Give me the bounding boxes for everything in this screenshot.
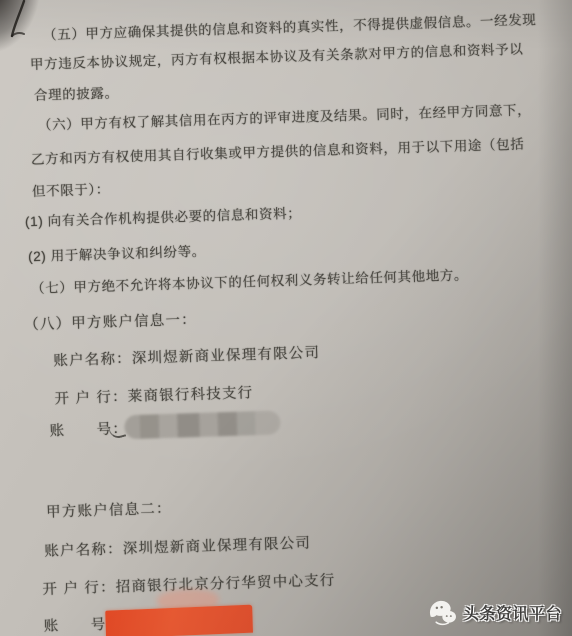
clause-5-line-3: 合理的披露。	[34, 81, 119, 104]
account1-bank: 开 户 行：莱商银行科技支行	[54, 381, 253, 408]
document-photo: （五）甲方应确保其提供的信息和资料的真实性，不得提供虚假信息。一经发现 甲方违反…	[0, 0, 572, 636]
pen-checkmark-icon	[2, 0, 36, 50]
account2-name: 账户名称：深圳煜新商业保理有限公司	[44, 532, 311, 561]
clause-6-item-2: (2) 用于解决争议和纠纷等。	[28, 240, 206, 266]
clause-8-heading: （八）甲方账户信息一：	[24, 308, 197, 334]
red-sticker-account-redaction	[105, 605, 253, 636]
account1-name: 账户名称：深圳煜新商业保理有限公司	[53, 341, 320, 370]
clause-7-line: （七）甲方绝不允许将本协议下的任何权利义务转让给任何其他地方。	[31, 263, 469, 297]
clause-6-line-2: 乙方和丙方有权使用其自行收集或甲方提供的信息和资料，用于以下用途（包括	[31, 133, 525, 168]
contract-page: （五）甲方应确保其提供的信息和资料的真实性，不得提供虚假信息。一经发现 甲方违反…	[0, 0, 572, 636]
clause-6-item-1: (1) 向有关合作机构提供必要的信息和资料；	[25, 202, 302, 231]
blurred-account-number-redaction	[124, 410, 281, 439]
watermark-label: 头条资讯平台	[463, 601, 562, 624]
account2-heading: 甲方账户信息二：	[46, 497, 172, 522]
watermark: 头条资讯平台	[428, 597, 562, 627]
clause-6-line-1: （六）甲方有权了解其信用在丙方的评审进度及结果。同时，在经甲方同意下，	[38, 98, 532, 133]
chat-bubbles-icon	[428, 597, 458, 627]
clause-5-line-2: 甲方违反本协议规定，丙方有权根据本协议及有关条款对甲方的信息和资料予以	[30, 38, 524, 73]
account2-number-label: 账 号	[43, 613, 106, 636]
clause-5-line-1: （五）甲方应确保其提供的信息和资料的真实性，不得提供虚假信息。一经发现	[43, 8, 537, 43]
clause-6-line-3: 但不限于）：	[32, 178, 110, 200]
